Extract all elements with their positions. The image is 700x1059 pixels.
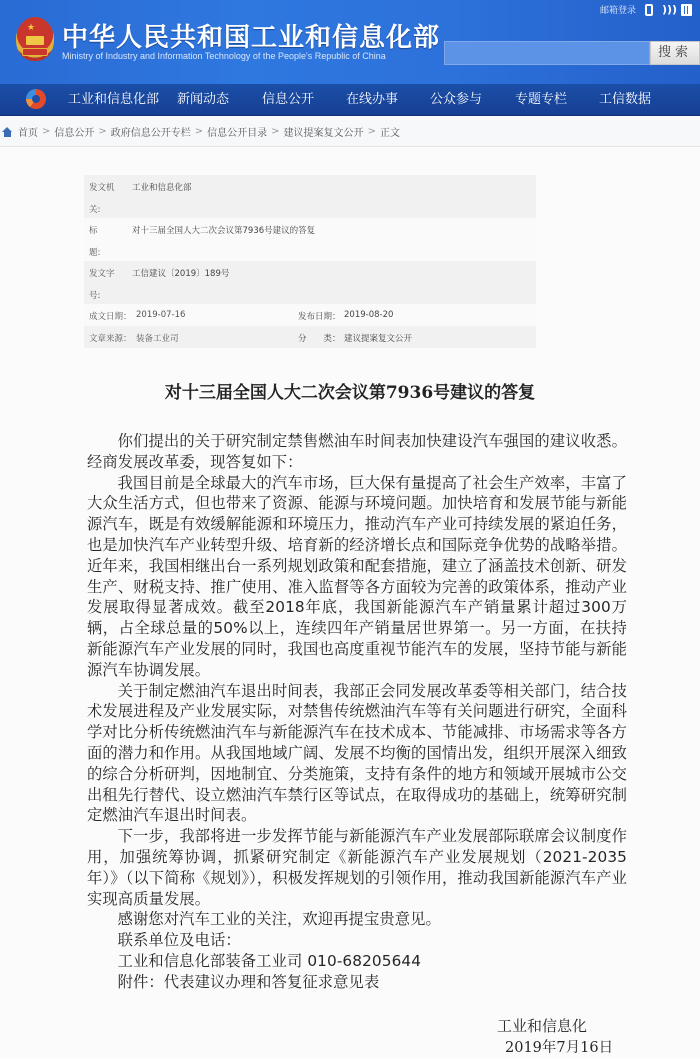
- signature: 工业和信息化: [497, 1015, 587, 1036]
- meta-row-dates: 成文日期： 2019-07-16 发布日期： 2019-08-20: [84, 304, 536, 326]
- breadcrumb-current: 正文: [380, 124, 400, 139]
- emblem-base: [22, 48, 48, 56]
- national-emblem-icon: ★: [16, 17, 54, 61]
- nav-item-public-participation[interactable]: 公众参与: [430, 84, 482, 116]
- rss-icon[interactable]: ))): [662, 4, 672, 16]
- docno-label: 发文字: [89, 267, 115, 279]
- published-date-value: 2019-08-20: [344, 310, 393, 320]
- site-title[interactable]: 中华人民共和国工业和信息化部: [62, 17, 440, 54]
- paragraph-timetable: 关于制定燃油汽车退出时间表，我部正会同发展改革委等相关部门，结合技术发展进程及产…: [87, 681, 627, 827]
- category-label: 分 类：: [298, 332, 341, 344]
- breadcrumb-home[interactable]: 首页: [18, 124, 38, 139]
- phone-icon[interactable]: [645, 4, 653, 16]
- issuer-label-cont: 关:: [89, 203, 100, 215]
- miit-logo-icon[interactable]: [26, 89, 46, 109]
- contact-label: 联系单位及电话：: [87, 930, 627, 951]
- weibo-icon[interactable]: [681, 4, 692, 16]
- nav-item-data[interactable]: 工信数据: [599, 84, 651, 116]
- nav-item-online-services[interactable]: 在线办事: [346, 84, 398, 116]
- breadcrumb-separator: >: [195, 126, 203, 137]
- nav-item-news[interactable]: 新闻动态: [177, 84, 229, 116]
- mail-login-link[interactable]: 邮箱登录: [600, 3, 636, 16]
- title-value: 对十三届全国人大二次会议第7936号建议的答复: [132, 224, 315, 236]
- star-icon: ★: [27, 24, 35, 33]
- paragraph-thanks: 感谢您对汽车工业的关注，欢迎再提宝贵意见。: [87, 909, 627, 930]
- docno-label-cont: 号:: [89, 289, 100, 301]
- nav-item-info-public[interactable]: 信息公开: [262, 84, 314, 116]
- source-value: 装备工业司: [136, 332, 179, 344]
- nav-item-miit[interactable]: 工业和信息化部: [68, 84, 159, 116]
- document-body: 你们提出的关于研究制定禁售燃油车时间表加快建设汽车强国的建议收悉。经商发展改革委…: [87, 431, 627, 993]
- written-date-label: 成文日期：: [89, 310, 132, 322]
- paragraph-next-steps: 下一步，我部将进一步发挥节能与新能源汽车产业发展部际联席会议制度作用，加强统筹协…: [87, 826, 627, 909]
- meta-row-docno: 发文字 号: 工信建议〔2019〕189号: [84, 261, 536, 304]
- meta-row-issuer: 发文机 关: 工业和信息化部: [84, 175, 536, 218]
- published-date-label: 发布日期：: [298, 310, 341, 322]
- attachment-link[interactable]: 附件：代表建议办理和答复征求意见表: [87, 972, 627, 993]
- top-links: 邮箱登录 ))): [600, 3, 692, 16]
- breadcrumb-gov-info-column[interactable]: 政府信息公开专栏: [111, 124, 191, 139]
- breadcrumb-info-public[interactable]: 信息公开: [54, 124, 94, 139]
- meta-row-source: 文章来源： 装备工业司 分 类： 建议提案复文公开: [84, 326, 536, 348]
- home-icon[interactable]: [2, 127, 13, 137]
- main-nav: 工业和信息化部 新闻动态 信息公开 在线办事 公众参与 专题专栏 工信数据: [0, 84, 700, 116]
- site-header: ★ 中华人民共和国工业和信息化部 Ministry of Industry an…: [0, 0, 700, 84]
- category-value[interactable]: 建议提案复文公开: [344, 332, 412, 344]
- emblem-gate: [26, 36, 44, 45]
- written-date-value: 2019-07-16: [136, 310, 185, 320]
- docno-value: 工信建议〔2019〕189号: [132, 267, 229, 279]
- issuer-value: 工业和信息化部: [132, 181, 192, 193]
- document-title: 对十三届全国人大二次会议第7936号建议的答复: [80, 378, 620, 403]
- breadcrumb-info-catalog[interactable]: 信息公开目录: [207, 124, 267, 139]
- source-label: 文章来源：: [89, 332, 132, 344]
- paragraph-intro: 你们提出的关于研究制定禁售燃油车时间表加快建设汽车强国的建议收悉。经商发展改革委…: [87, 431, 627, 473]
- signature-date: 2019年7月16日: [505, 1036, 613, 1057]
- document-meta-table: 发文机 关: 工业和信息化部 标 题: 对十三届全国人大二次会议第7936号建议…: [84, 175, 536, 348]
- meta-row-title: 标 题: 对十三届全国人大二次会议第7936号建议的答复: [84, 218, 536, 261]
- breadcrumb-separator: >: [98, 126, 106, 137]
- breadcrumb: 首页 > 信息公开 > 政府信息公开专栏 > 信息公开目录 > 建议提案复文公开…: [0, 117, 700, 147]
- breadcrumb-separator: >: [42, 126, 50, 137]
- title-label: 标: [89, 224, 98, 236]
- breadcrumb-separator: >: [368, 126, 376, 137]
- breadcrumb-proposal-replies[interactable]: 建议提案复文公开: [284, 124, 364, 139]
- search-input[interactable]: [444, 41, 650, 65]
- contact-info: 工业和信息化部装备工业司 010-68205644: [87, 951, 627, 972]
- paragraph-background: 我国目前是全球最大的汽车市场，巨大保有量提高了社会生产效率，丰富了大众生活方式，…: [87, 473, 627, 681]
- site-subtitle: Ministry of Industry and Information Tec…: [62, 51, 386, 61]
- title-label-cont: 题:: [89, 246, 100, 258]
- issuer-label: 发文机: [89, 181, 115, 193]
- nav-item-special-topics[interactable]: 专题专栏: [515, 84, 567, 116]
- breadcrumb-separator: >: [271, 126, 279, 137]
- search-button[interactable]: 搜索: [650, 41, 700, 65]
